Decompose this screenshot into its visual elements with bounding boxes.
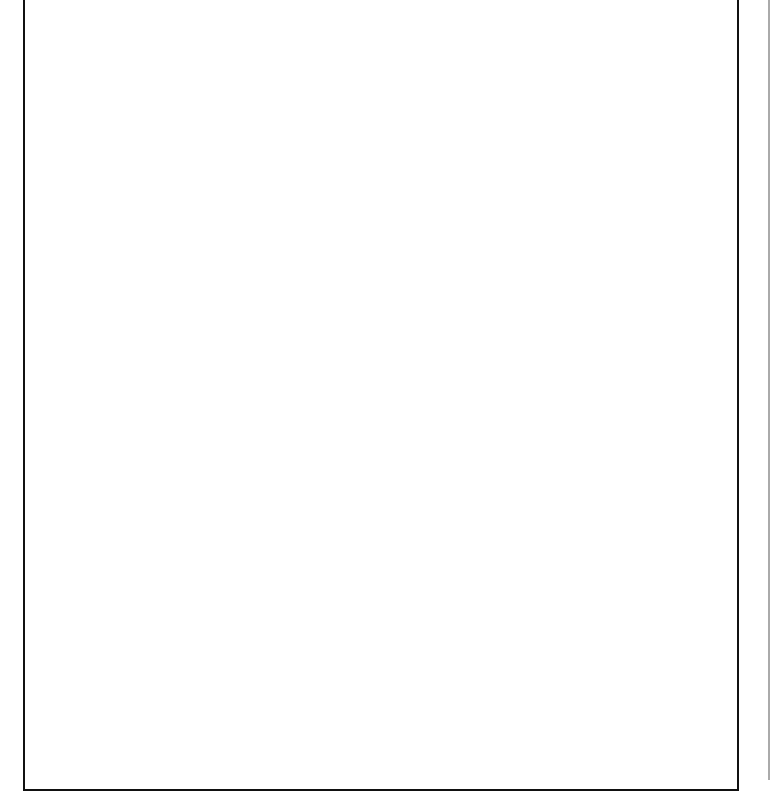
scan-edge xyxy=(768,0,770,780)
page-frame xyxy=(23,0,739,791)
